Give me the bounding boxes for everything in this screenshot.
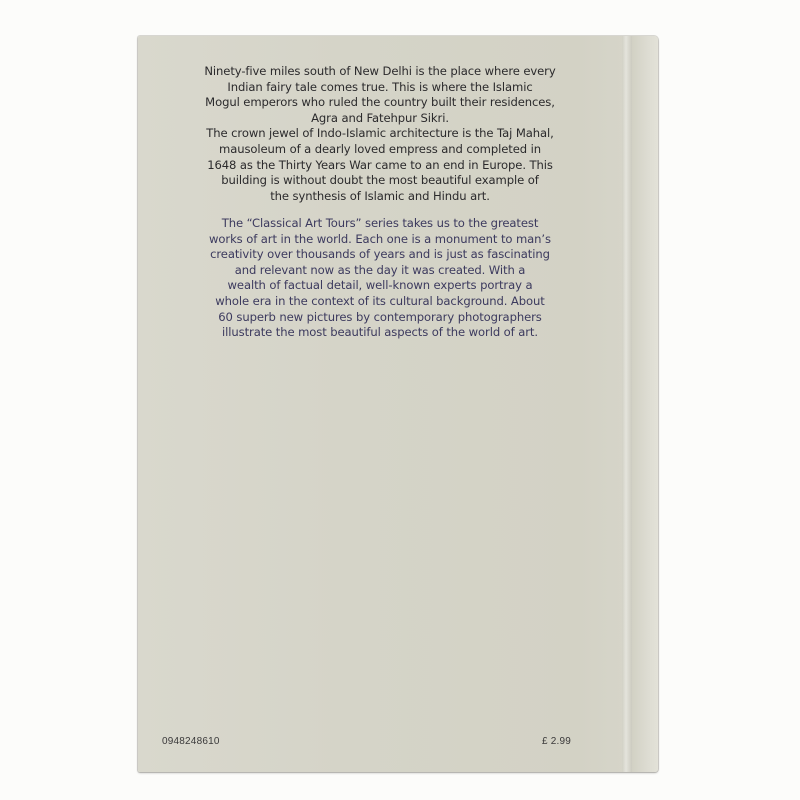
isbn-number: 0948248610 — [162, 736, 220, 747]
photo-stage: Ninety-five miles south of New Delhi is … — [0, 0, 800, 800]
blurb-line: 60 superb new pictures by contemporary p… — [138, 310, 622, 326]
book-back-cover: Ninety-five miles south of New Delhi is … — [138, 36, 658, 772]
blurb-line: Indian fairy tale comes true. This is wh… — [138, 80, 622, 96]
spine-hinge — [622, 36, 632, 772]
blurb-line: Agra and Fatehpur Sikri. — [138, 111, 622, 127]
blurb-paragraph-series: The “Classical Art Tours” series takes u… — [138, 216, 622, 341]
blurb-line: The “Classical Art Tours” series takes u… — [138, 216, 622, 232]
blurb-line: whole era in the context of its cultural… — [138, 294, 622, 310]
blurb-line: the synthesis of Islamic and Hindu art. — [138, 189, 622, 205]
blurb-line: and relevant now as the day it was creat… — [138, 263, 622, 279]
price-label: £ 2.99 — [542, 736, 571, 747]
blurb-line: illustrate the most beautiful aspects of… — [138, 325, 622, 341]
blurb-line: wealth of factual detail, well-known exp… — [138, 278, 622, 294]
spine-edge — [632, 36, 658, 772]
blurb-line: works of art in the world. Each one is a… — [138, 232, 622, 248]
blurb-line: The crown jewel of Indo-Islamic architec… — [138, 126, 622, 142]
blurb-line: creativity over thousands of years and i… — [138, 247, 622, 263]
blurb-line: Mogul emperors who ruled the country bui… — [138, 95, 622, 111]
blurb-line: mausoleum of a dearly loved empress and … — [138, 142, 622, 158]
blurb-line: building is without doubt the most beaut… — [138, 173, 622, 189]
blurb-line: Ninety-five miles south of New Delhi is … — [138, 64, 622, 80]
blurb-paragraph-intro: Ninety-five miles south of New Delhi is … — [138, 64, 622, 204]
blurb-line: 1648 as the Thirty Years War came to an … — [138, 158, 622, 174]
